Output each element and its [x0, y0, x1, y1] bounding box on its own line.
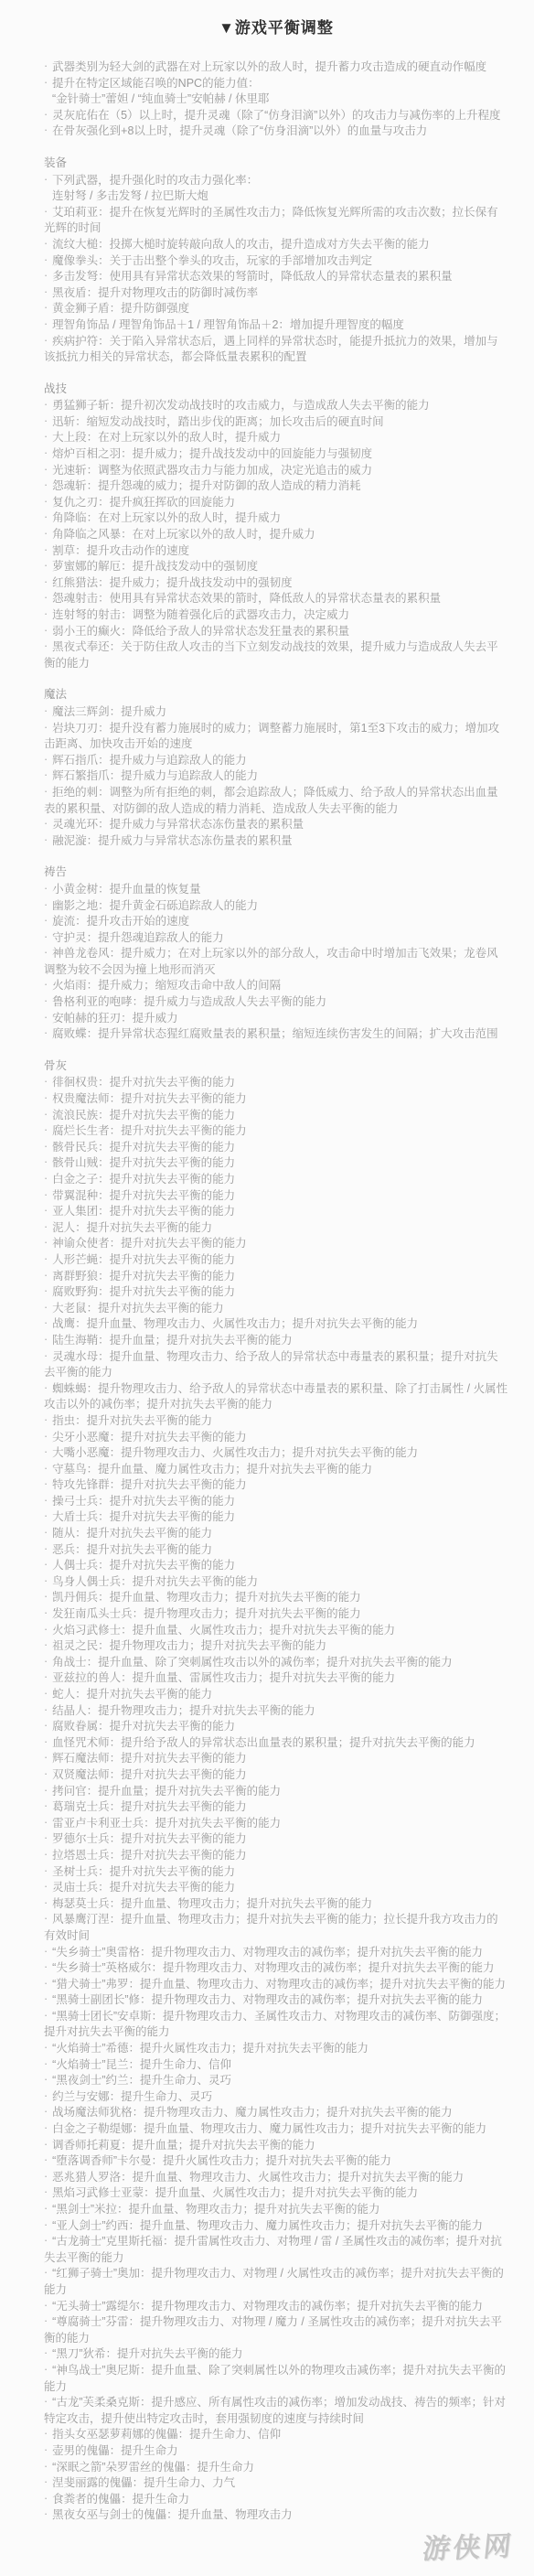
- bullet-icon: ·: [44, 1074, 48, 1090]
- bullet-icon: ·: [44, 2442, 48, 2459]
- list-item: ·腐败眷属：提升对抗失去平衡的能力: [44, 1719, 508, 1735]
- list-item-text: 怨魂斩：提升怨魂的威力；提升对防御的敌人造成的精力消耗: [52, 479, 361, 492]
- bullet-icon: ·: [44, 2072, 48, 2088]
- list-item-text: 恶兵：提升对抗失去平衡的能力: [52, 1543, 212, 1556]
- list-item: ·多击发弩：使用具有异常状态效果的弩箭时，降低敌人的异常状态量表的累积量: [44, 269, 508, 285]
- list-item: ·“深眠之箭”朵罗雷丝的傀儡：提升生命力: [44, 2460, 508, 2476]
- bullet-icon: ·: [44, 897, 48, 914]
- list-item: ·大嘴小恶魔：提升物理攻击力、火属性攻击力；提升对抗失去平衡的能力: [44, 1445, 508, 1462]
- list-item-text: 祖灵之民：提升物理攻击力；提升对抗失去平衡的能力: [52, 1639, 326, 1652]
- bullet-icon: ·: [44, 929, 48, 946]
- bullet-icon: ·: [44, 832, 48, 849]
- bullet-icon: ·: [44, 236, 48, 252]
- list-item-text: 人偶士兵：提升对抗失去平衡的能力: [52, 1559, 235, 1572]
- bullet-icon: ·: [44, 1944, 48, 1960]
- bullet-icon: ·: [44, 397, 48, 413]
- list-item-text: 腐败蝶：提升异常状态猩红腐败量表的累积量；缩短连续伤害发生的间隔；扩大攻击范围: [52, 1027, 498, 1040]
- list-item: ·幽影之地：提升黄金石砾追踪敌人的能力: [44, 898, 508, 915]
- list-item-text: 蛇人：提升对抗失去平衡的能力: [52, 1688, 212, 1701]
- bullet-icon: ·: [44, 1750, 48, 1766]
- bullet-icon: ·: [44, 333, 48, 349]
- bullet-icon: ·: [44, 1525, 48, 1541]
- list-item: ·武器类别为轻大剑的武器在对上玩家以外的敌人时，提升蓄力攻击造成的硬直动作幅度: [44, 59, 508, 76]
- list-item-text: “古龙”芙柔桑克斯：提升感应、所有属性攻击的减伤率；增加发动战技、祷告的频率；针…: [44, 2396, 506, 2425]
- list-item-text: 熔炉百相之羽：提升威力；提升战技发动中的回旋能力与强韧度: [52, 447, 372, 460]
- list-item: ·小黄金树：提升血量的恢复量: [44, 882, 508, 898]
- list-item: ·离群野狼：提升对抗失去平衡的能力: [44, 1269, 508, 1285]
- list-item-text: 骸骨民兵：提升对抗失去平衡的能力: [52, 1141, 235, 1154]
- list-item: ·指虫：提升对抗失去平衡的能力: [44, 1413, 508, 1430]
- list-item: ·恶兵：提升对抗失去平衡的能力: [44, 1542, 508, 1559]
- list-item: ·拒绝的刺：调整为所有拒绝的刺，都会追踪敌人；降低威力、给予敌人的异常状态出血量…: [44, 785, 508, 817]
- bullet-icon: ·: [44, 1718, 48, 1734]
- bullet-icon: ·: [44, 1251, 48, 1268]
- bullet-icon: ·: [44, 204, 48, 220]
- list-item-text: 黑夜女巫与剑士的傀儡：提升血量、物理攻击力: [52, 2508, 293, 2521]
- bullet-icon: ·: [44, 2426, 48, 2442]
- bullet-icon: ·: [44, 542, 48, 559]
- list-item: ·勇猛狮子斩：提升初次发动战技时的攻击威力，与造成敌人失去平衡的能力: [44, 398, 508, 414]
- list-item-text: 幽影之地：提升黄金石砾追踪敌人的能力: [52, 899, 258, 912]
- list-item-text: “火焰骑士”昆兰：提升生命力、信仰: [52, 2058, 231, 2071]
- bullet-icon: ·: [44, 1476, 48, 1493]
- bullet-icon: ·: [44, 1637, 48, 1654]
- list-item-text: 腐烂长生者：提升对抗失去平衡的能力: [52, 1124, 247, 1137]
- list-item: ·守墓鸟：提升血量、魔力属性攻击力；提升对抗失去平衡的能力: [44, 1462, 508, 1478]
- list-item: ·角降临之风暴：在对上玩家以外的敌人时，提升威力: [44, 527, 508, 543]
- bullet-icon: ·: [44, 1959, 48, 1976]
- section: 战技·勇猛狮子斩：提升初次发动战技时的攻击威力，与造成敌人失去平衡的能力·迅斩：…: [44, 381, 508, 672]
- list-item: ·结晶人：提升物理攻击力；提升对抗失去平衡的能力: [44, 1703, 508, 1720]
- list-item: ·特攻先锋群：提升对抗失去平衡的能力: [44, 1477, 508, 1494]
- list-item-text: 骸骨山贼：提升对抗失去平衡的能力: [52, 1156, 235, 1169]
- bullet-icon: ·: [44, 1187, 48, 1204]
- bullet-icon: ·: [44, 881, 48, 897]
- list-item-text: 割草：提升攻击动作的速度: [52, 544, 189, 557]
- section: 装备·下列武器，提升强化时的攻击力强化率：连射弩 / 多击发弩 / 拉巴斯大炮·…: [44, 156, 508, 366]
- list-item: ·鲁格利亚的咆哮：提升威力与造成敌人失去平衡的能力: [44, 994, 508, 1011]
- list-item-text: “失乡骑士”奥雷格：提升物理攻击力、对物理攻击的减伤率；提升对抗失去平衡的能力: [52, 1946, 483, 1959]
- list-item-text: 发狂南瓜头士兵：提升物理攻击力；提升对抗失去平衡的能力: [52, 1607, 361, 1620]
- list-item-text: 辉石繁指爪：提升威力与追踪敌人的能力: [52, 769, 258, 782]
- bullet-icon: ·: [44, 510, 48, 526]
- list-item-text: “猎犬骑士”弗罗：提升血量、物理攻击力、对物理攻击的减伤率；提升对抗失去平衡的能…: [52, 1978, 506, 1991]
- list-item-text: 鸟身人偶士兵：提升对抗失去平衡的能力: [52, 1575, 258, 1588]
- list-item-text: 弱小王的癫火：降低给予敌人的异常状态发狂量表的累积量: [52, 625, 349, 638]
- bullet-icon: ·: [44, 1412, 48, 1429]
- bullet-icon: ·: [44, 1798, 48, 1815]
- list-item-text: 萝蜜娜的解厄：提升战技发动中的强韧度: [52, 560, 258, 573]
- bullet-icon: ·: [44, 558, 48, 574]
- list-item: ·灵灰庇佑在（5）以上时，提升灵魂（除了“仿身泪滴”以外）的攻击力与减伤率的上升…: [44, 108, 508, 124]
- list-item: ·尖牙小恶魔：提升对抗失去平衡的能力: [44, 1430, 508, 1446]
- bullet-icon: ·: [44, 1090, 48, 1107]
- list-item: ·战场魔法师犹格：提升物理攻击力、魔力属性攻击力；提升对抗失去平衡的能力: [44, 2105, 508, 2121]
- list-item-text: “黑剑士”米拉：提升血量、物理攻击力；提升对抗失去平衡的能力: [52, 2203, 379, 2216]
- list-item: ·“黑夜剑士”约兰：提升生命力、灵巧: [44, 2073, 508, 2089]
- list-item-text: 勇猛狮子斩：提升初次发动战技时的攻击威力，与造成敌人失去平衡的能力: [52, 399, 430, 412]
- bullet-icon: ·: [44, 252, 48, 269]
- list-item-text: 罗德尔士兵：提升对抗失去平衡的能力: [52, 1832, 247, 1845]
- list-item-text: 血怪咒术师：提升给予敌人的异常状态出血量表的累积量；提升对抗失去平衡的能力: [52, 1736, 475, 1749]
- bullet-icon: ·: [44, 75, 48, 91]
- bullet-icon: ·: [44, 1815, 48, 1831]
- list-item-text: “失乡骑士”英格威尔：提升物理攻击力、对物理攻击的减伤率；提升对抗失去平衡的能力: [52, 1961, 494, 1974]
- list-item-text: 凯丹佣兵：提升血量、物理攻击力；提升对抗失去平衡的能力: [52, 1591, 361, 1604]
- bullet-icon: ·: [44, 623, 48, 639]
- bullet-icon: ·: [44, 1219, 48, 1236]
- bullet-icon: ·: [44, 2506, 48, 2523]
- list-item: ·白金之子勒缇娜：提升血量、物理攻击力、魔力属性攻击力；提升对抗失去平衡的能力: [44, 2121, 508, 2138]
- list-item: ·血怪咒术师：提升给予敌人的异常状态出血量表的累积量；提升对抗失去平衡的能力: [44, 1735, 508, 1752]
- list-item-text: 守墓鸟：提升血量、魔力属性攻击力；提升对抗失去平衡的能力: [52, 1463, 372, 1476]
- bullet-icon: ·: [44, 1025, 48, 1042]
- list-item: ·艾珀莉亚：提升在恢复光辉时的圣属性攻击力；降低恢复光辉所需的攻击次数；拉长保有…: [44, 205, 508, 237]
- list-item: ·旋流：提升攻击开始的速度: [44, 914, 508, 930]
- list-item: “金针骑士”蕾妲 / “纯血骑士”安帕赫 / 休里耶: [44, 91, 508, 108]
- list-item-text: 战场魔法师犹格：提升物理攻击力、魔力属性攻击力；提升对抗失去平衡的能力: [52, 2106, 453, 2119]
- list-item-text: 带翼混种：提升对抗失去平衡的能力: [52, 1189, 235, 1202]
- list-item-text: “尊腐骑士”芬雷：提升物理攻击力、对物理 / 魔力 / 圣属性攻击的减伤率；提升…: [44, 2315, 502, 2345]
- list-item: 连射弩 / 多击发弩 / 拉巴斯大炮: [44, 188, 508, 205]
- list-item: ·雷亚卢卡利亚士兵：提升对抗失去平衡的能力: [44, 1816, 508, 1832]
- list-item: ·鸟身人偶士兵：提升对抗失去平衡的能力: [44, 1574, 508, 1591]
- list-item: ·亚兹拉的兽人：提升血量、雷属性攻击力；提升对抗失去平衡的能力: [44, 1670, 508, 1687]
- bullet-icon: ·: [44, 2201, 48, 2217]
- list-item: ·割草：提升攻击动作的速度: [44, 543, 508, 560]
- bullet-icon: ·: [44, 2362, 48, 2378]
- list-item-text: 陆生海鞘：提升血量；提升对抗失去平衡的能力: [52, 1334, 293, 1347]
- list-item-text: 红熊猎法：提升威力；提升战技发动中的强韧度: [52, 576, 293, 589]
- list-item-text: 在骨灰强化到+8以上时，提升灵魂（除了“仿身泪滴”以外）的血量与攻击力: [52, 124, 427, 137]
- bullet-icon: ·: [44, 1976, 48, 1992]
- list-item: ·徘徊权贵：提升对抗失去平衡的能力: [44, 1075, 508, 1091]
- list-item-text: 雷亚卢卡利亚士兵：提升对抗失去平衡的能力: [52, 1817, 281, 1830]
- list-item: ·随从：提升对抗失去平衡的能力: [44, 1526, 508, 1542]
- list-item: ·黄金狮子盾：提升防御强度: [44, 301, 508, 317]
- list-item: ·恶兆猎人罗洛：提升血量、物理攻击力、火属性攻击力；提升对抗失去平衡的能力: [44, 2170, 508, 2186]
- list-item-text: 圣树士兵：提升对抗失去平衡的能力: [52, 1865, 235, 1878]
- list-item: ·双贤魔法师：提升对抗失去平衡的能力: [44, 1767, 508, 1784]
- list-item-text: 亚人集团：提升对抗失去平衡的能力: [52, 1205, 235, 1218]
- list-item: ·涅斐丽露的傀儡：提升生命力、力气: [44, 2475, 508, 2492]
- bullet-icon: ·: [44, 2345, 48, 2362]
- bullet-icon: ·: [44, 317, 48, 333]
- list-item: ·风暴鹰汀涅：提升血量、物理攻击力；提升对抗失去平衡的能力；拉长提升我方攻击力的…: [44, 1912, 508, 1944]
- list-item-text: 徘徊权贵：提升对抗失去平衡的能力: [52, 1076, 235, 1089]
- list-item: ·“黑骑士团长”安卓斯：提升物理攻击力、圣属性攻击力、对物理攻击的减伤率、防御强…: [44, 2009, 508, 2041]
- bullet-icon: ·: [44, 945, 48, 961]
- list-item: ·火焰习武修士：提升血量、火属性攻击力；提升对抗失去平衡的能力: [44, 1623, 508, 1639]
- list-item-text: 提升在特定区域能召唤的NPC的能力值：: [52, 77, 259, 90]
- list-item-text: 拒绝的刺：调整为所有拒绝的刺，都会追踪敌人；降低威力、给予敌人的异常状态出血量表…: [44, 786, 498, 815]
- list-item: ·角战士：提升血量、除了突刺属性攻击以外的减伤率；提升对抗失去平衡的能力: [44, 1655, 508, 1671]
- list-item-text: 魔法三辉剑：提升威力: [52, 705, 166, 718]
- bullet-icon: ·: [44, 1863, 48, 1880]
- list-item-text: 拉塔恩士兵：提升对抗失去平衡的能力: [52, 1849, 247, 1862]
- list-item: ·魔法三辉剑：提升威力: [44, 704, 508, 721]
- list-item-text: “黑骑士副团长”修：提升物理攻击力、对物理攻击的减伤率；提升对抗失去平衡的能力: [52, 1993, 483, 2006]
- list-item: ·泥人：提升对抗失去平衡的能力: [44, 1220, 508, 1237]
- bullet-icon: ·: [44, 1203, 48, 1219]
- bullet-icon: ·: [44, 2040, 48, 2056]
- list-item-text: 下列武器，提升强化时的攻击力强化率：: [52, 174, 258, 187]
- list-item: ·“猎犬骑士”弗罗：提升血量、物理攻击力、对物理攻击的减伤率；提升对抗失去平衡的…: [44, 1977, 508, 1993]
- bullet-icon: ·: [44, 2008, 48, 2024]
- bullet-icon: ·: [44, 1139, 48, 1155]
- list-item-text: 黄金狮子盾：提升防御强度: [52, 302, 189, 315]
- bullet-icon: ·: [44, 2169, 48, 2185]
- list-item-text: 守护灵：提升怨魂追踪敌人的能力: [52, 931, 224, 944]
- list-item-text: 大嘴小恶魔：提升物理攻击力、火属性攻击力；提升对抗失去平衡的能力: [52, 1446, 418, 1459]
- bullet-icon: ·: [44, 1493, 48, 1509]
- patch-notes-body: ·武器类别为轻大剑的武器在对上玩家以外的敌人时，提升蓄力攻击造成的硬直动作幅度·…: [44, 59, 508, 2524]
- bullet-icon: ·: [44, 2137, 48, 2153]
- list-item-text: 大上段：在对上玩家以外的敌人时，提升威力: [52, 431, 281, 444]
- bullet-icon: ·: [44, 1461, 48, 1477]
- bullet-icon: ·: [44, 1171, 48, 1187]
- bullet-icon: ·: [44, 2459, 48, 2475]
- list-item: ·“黑骑士副团长”修：提升物理攻击力、对物理攻击的减伤率；提升对抗失去平衡的能力: [44, 1992, 508, 2009]
- list-item: ·约兰与安娜：提升生命力、灵巧: [44, 2089, 508, 2106]
- bullet-icon: ·: [44, 2491, 48, 2507]
- list-item: ·连射弩的射击：调整为随着强化后的武器攻击力，决定威力: [44, 607, 508, 624]
- bullet-icon: ·: [44, 1348, 48, 1365]
- section-title: 装备: [44, 156, 508, 172]
- list-item: ·调香师托莉夏：提升血量；提升对抗失去平衡的能力: [44, 2138, 508, 2154]
- page-title: ▼游戏平衡调整: [44, 9, 508, 39]
- bullet-icon: ·: [44, 59, 48, 75]
- list-item-text: 随从：提升对抗失去平衡的能力: [52, 1527, 212, 1540]
- list-item: ·黑焰习武修士亚蒙：提升血量、火属性攻击力；提升对抗失去平衡的能力: [44, 2185, 508, 2202]
- bullet-icon: ·: [44, 2474, 48, 2491]
- section: 魔法·魔法三辉剑：提升威力·岩块刀刃：提升没有蓄力施展时的威力；调整蓄力施展时，…: [44, 687, 508, 849]
- list-item-text: “深眠之箭”朵罗雷丝的傀儡：提升生命力: [52, 2461, 254, 2474]
- bullet-icon: ·: [44, 2184, 48, 2201]
- list-item-text: 风暴鹰汀涅：提升血量、物理攻击力；提升对抗失去平衡的能力；拉长提升我方攻击力的有…: [44, 1913, 498, 1942]
- list-item-text: 指头女巫瑟萝莉娜的傀儡：提升生命力、信仰: [52, 2428, 281, 2441]
- bullet-icon: ·: [44, 2298, 48, 2314]
- list-item: ·食粪者的傀儡：提升生命力: [44, 2492, 508, 2508]
- list-item-text: 角降临之风暴：在对上玩家以外的敌人时，提升威力: [52, 528, 315, 541]
- bullet-icon: ·: [44, 1622, 48, 1638]
- bullet-icon: ·: [44, 1830, 48, 1847]
- list-item: ·下列武器，提升强化时的攻击力强化率：: [44, 173, 508, 189]
- bullet-icon: ·: [44, 2120, 48, 2137]
- list-item: ·在骨灰强化到+8以上时，提升灵魂（除了“仿身泪滴”以外）的血量与攻击力: [44, 123, 508, 140]
- list-item: ·葛瑞克士兵：提升对抗失去平衡的能力: [44, 1799, 508, 1816]
- bullet-icon: ·: [44, 2152, 48, 2169]
- list-item-text: 战鹰：提升血量、物理攻击力、火属性攻击力；提升对抗失去平衡的能力: [52, 1317, 418, 1330]
- list-item-text: 梅瑟莫士兵：提升血量、物理攻击力；提升对抗失去平衡的能力: [52, 1897, 372, 1910]
- bullet-icon: ·: [44, 172, 48, 188]
- bullet-icon: ·: [44, 1879, 48, 1895]
- list-item-text: “亚人剑士”约西：提升血量、物理攻击力、魔力属性攻击力；提升对抗失去平衡的能力: [52, 2219, 483, 2232]
- list-item: ·辉石指爪：提升威力与追踪敌人的能力: [44, 753, 508, 769]
- list-item-text: 辉石指爪：提升威力与追踪敌人的能力: [52, 754, 247, 767]
- list-item-text: 拷问官：提升血量；提升对抗失去平衡的能力: [52, 1785, 281, 1798]
- bullet-icon: ·: [44, 1010, 48, 1026]
- list-item-text: 灵魂光环：提升威力与异常状态冻伤量表的累积量: [52, 818, 304, 831]
- bullet-icon: ·: [44, 300, 48, 317]
- list-item: ·弱小王的癫火：降低给予敌人的异常状态发狂量表的累积量: [44, 624, 508, 640]
- bullet-icon: ·: [44, 1847, 48, 1863]
- list-item: ·黑夜女巫与剑士的傀儡：提升血量、物理攻击力: [44, 2507, 508, 2524]
- list-item-text: 流纹大槌：投掷大槌时旋转敲向敌人的攻击，提升造成对方失去平衡的能力: [52, 238, 430, 251]
- list-item: ·神谕众使者：提升对抗失去平衡的能力: [44, 1236, 508, 1252]
- list-item-text: 魔像拳头：关于击出整个拳头的攻击，玩家的手部增加攻击判定: [52, 254, 372, 267]
- bullet-icon: ·: [44, 2265, 48, 2281]
- list-item-text: 流浪民族：提升对抗失去平衡的能力: [52, 1109, 235, 1122]
- list-item-text: 角战士：提升血量、除了突刺属性攻击以外的减伤率；提升对抗失去平衡的能力: [52, 1656, 453, 1669]
- bullet-icon: ·: [44, 639, 48, 655]
- bullet-icon: ·: [44, 1766, 48, 1783]
- bullet-icon: ·: [44, 494, 48, 510]
- list-item-text: 涅斐丽露的傀儡：提升生命力、力气: [52, 2476, 235, 2489]
- list-item: ·骸骨民兵：提升对抗失去平衡的能力: [44, 1140, 508, 1156]
- list-item-text: 神兽龙卷风：提升威力；在对上玩家以外的部分敌人，攻击命中时增加击飞效果；龙卷风调…: [44, 947, 498, 976]
- list-item-text: 尖牙小恶魔：提升对抗失去平衡的能力: [52, 1431, 247, 1444]
- bullet-icon: ·: [44, 1107, 48, 1123]
- section: ·武器类别为轻大剑的武器在对上玩家以外的敌人时，提升蓄力攻击造成的硬直动作幅度·…: [44, 59, 508, 140]
- list-item: ·熔炉百相之羽：提升威力；提升战技发动中的回旋能力与强韧度: [44, 446, 508, 463]
- list-item: ·“亚人剑士”约西：提升血量、物理攻击力、魔力属性攻击力；提升对抗失去平衡的能力: [44, 2218, 508, 2235]
- bullet-icon: ·: [44, 2394, 48, 2410]
- list-item: ·辉石繁指爪：提升威力与追踪敌人的能力: [44, 768, 508, 785]
- bullet-icon: ·: [44, 413, 48, 430]
- list-item-text: “堕落调香师”卡尔曼：提升火属性攻击力；提升对抗失去平衡的能力: [52, 2154, 391, 2167]
- list-item-text: 安帕赫的狂刃：提升威力: [52, 1012, 178, 1025]
- bullet-icon: ·: [44, 2056, 48, 2073]
- list-item-text: 大盾士兵：提升对抗失去平衡的能力: [52, 1510, 235, 1523]
- list-item: ·蛇人：提升对抗失去平衡的能力: [44, 1687, 508, 1703]
- list-item-text: 复仇之刃：提升疯狂挥砍的回旋能力: [52, 496, 235, 509]
- bullet-icon: ·: [44, 1283, 48, 1300]
- list-item-text: 黑夜式奉还：关于防住敌人攻击的当下立刻发动战技的效果，提升威力与造成敌人失去平衡…: [44, 640, 498, 670]
- list-item-text: “黑刀”狄希：提升对抗失去平衡的能力: [52, 2347, 242, 2360]
- list-item-text: 泥人：提升对抗失去平衡的能力: [52, 1221, 212, 1234]
- bullet-icon: ·: [44, 993, 48, 1010]
- bullet-icon: ·: [44, 977, 48, 993]
- list-item: ·腐败蝶：提升异常状态猩红腐败量表的累积量；缩短连续伤害发生的间隔；扩大攻击范围: [44, 1026, 508, 1043]
- list-item: ·怨魂射击：使用具有异常状态效果的箭时，降低敌人的异常状态量表的累积量: [44, 591, 508, 607]
- bullet-icon: ·: [44, 784, 48, 800]
- list-item-text: 人形芒蝇：提升对抗失去平衡的能力: [52, 1253, 235, 1266]
- list-item-text: 迅斩：缩短发动战技时，踏出步伐的距离；加长攻击后的硬直时间: [52, 415, 384, 428]
- bullet-icon: ·: [44, 123, 48, 139]
- bullet-icon: ·: [44, 720, 48, 736]
- list-item: ·白金之子：提升对抗失去平衡的能力: [44, 1172, 508, 1188]
- list-item-text: 火焰雨：提升威力；缩短攻击命中敌人的间隔: [52, 979, 281, 992]
- list-item-text: 腐败眷属：提升对抗失去平衡的能力: [52, 1720, 235, 1733]
- list-item-text: 食粪者的傀儡：提升生命力: [52, 2493, 189, 2506]
- bullet-icon: ·: [44, 1429, 48, 1445]
- bullet-icon: ·: [44, 2313, 48, 2330]
- list-item-text: 怨魂射击：使用具有异常状态效果的箭时，降低敌人的异常状态量表的累积量: [52, 592, 441, 605]
- list-item-text: 大老鼠：提升对抗失去平衡的能力: [52, 1302, 224, 1315]
- list-item: ·人偶士兵：提升对抗失去平衡的能力: [44, 1558, 508, 1574]
- list-item: ·“黑剑士”米拉：提升血量、物理攻击力；提升对抗失去平衡的能力: [44, 2202, 508, 2218]
- list-item: ·操弓士兵：提升对抗失去平衡的能力: [44, 1494, 508, 1510]
- list-item-text: 腐败野狗：提升对抗失去平衡的能力: [52, 1285, 235, 1298]
- list-item: ·黑夜式奉还：关于防住敌人攻击的当下立刻发动战技的效果，提升威力与造成敌人失去平…: [44, 639, 508, 671]
- list-item: ·大老鼠：提升对抗失去平衡的能力: [44, 1301, 508, 1317]
- list-item: ·“红狮子骑士”奥加：提升物理攻击力、对物理 / 火属性攻击的减伤率；提升对抗失…: [44, 2266, 508, 2298]
- list-item: ·灵魂水母：提升血量、物理攻击力、给予敌人的异常状态中毒量表的累积量；提升对抗失…: [44, 1349, 508, 1381]
- list-item-text: “黑夜剑士”约兰：提升生命力、灵巧: [52, 2074, 231, 2087]
- list-item-text: 艾珀莉亚：提升在恢复光辉时的圣属性攻击力；降低恢复光辉所需的攻击次数；拉长保有光…: [44, 206, 498, 235]
- bullet-icon: ·: [44, 445, 48, 462]
- bullet-icon: ·: [44, 1589, 48, 1605]
- list-item: ·“古龙骑士”克里斯托福：提升雷属性攻击力、对物理 / 雷 / 圣属性攻击的减伤…: [44, 2234, 508, 2266]
- list-item: ·灵魂光环：提升威力与异常状态冻伤量表的累积量: [44, 817, 508, 833]
- bullet-icon: ·: [44, 1235, 48, 1251]
- bullet-icon: ·: [44, 1444, 48, 1461]
- section-title: 魔法: [44, 687, 508, 703]
- list-item: ·梅瑟莫士兵：提升血量、物理攻击力；提升对抗失去平衡的能力: [44, 1896, 508, 1913]
- list-item: ·腐败野狗：提升对抗失去平衡的能力: [44, 1284, 508, 1301]
- section: 骨灰·徘徊权贵：提升对抗失去平衡的能力·权贵魔法师：提升对抗失去平衡的能力·流浪…: [44, 1058, 508, 2524]
- list-item: ·“神鸟战士”奥尼斯：提升血量、除了突刺属性以外的物理攻击减伤率；提升对抗失去平…: [44, 2363, 508, 2395]
- list-item-text: 结晶人：提升物理攻击力；提升对抗失去平衡的能力: [52, 1704, 315, 1717]
- list-item: ·流纹大槌：投掷大槌时旋转敲向敌人的攻击，提升造成对方失去平衡的能力: [44, 237, 508, 253]
- list-item-text: 壶男的傀儡：提升生命力: [52, 2444, 178, 2457]
- list-item: ·“古龙”芙柔桑克斯：提升感应、所有属性攻击的减伤率；增加发动战技、祷告的频率；…: [44, 2395, 508, 2427]
- bullet-icon: ·: [44, 1911, 48, 1927]
- list-item-text: 白金之子勒缇娜：提升血量、物理攻击力、魔力属性攻击力；提升对抗失去平衡的能力: [52, 2122, 486, 2135]
- list-item-text: 离群野狼：提升对抗失去平衡的能力: [52, 1270, 235, 1283]
- bullet-icon: ·: [44, 526, 48, 542]
- list-item: ·“失乡骑士”英格威尔：提升物理攻击力、对物理攻击的减伤率；提升对抗失去平衡的能…: [44, 1960, 508, 1977]
- list-item-text: 辉石魔法师：提升对抗失去平衡的能力: [52, 1752, 247, 1765]
- list-item-text: 亚兹拉的兽人：提升血量、雷属性攻击力；提升对抗失去平衡的能力: [52, 1671, 395, 1684]
- list-item: ·拉塔恩士兵：提升对抗失去平衡的能力: [44, 1848, 508, 1864]
- list-item: ·“失乡骑士”奥雷格：提升物理攻击力、对物理攻击的减伤率；提升对抗失去平衡的能力: [44, 1945, 508, 1961]
- list-item: ·“堕落调香师”卡尔曼：提升火属性攻击力；提升对抗失去平衡的能力: [44, 2153, 508, 2170]
- list-item-text: 鲁格利亚的咆哮：提升威力与造成敌人失去平衡的能力: [52, 995, 326, 1008]
- list-item: ·“火焰骑士”昆兰：提升生命力、信仰: [44, 2057, 508, 2074]
- section: 祷告·小黄金树：提升血量的恢复量·幽影之地：提升黄金石砾追踪敌人的能力·旋流：提…: [44, 864, 508, 1043]
- bullet-icon: ·: [44, 284, 48, 301]
- list-item-text: 黑夜盾：提升对物理攻击的防御时减伤率: [52, 286, 258, 299]
- bullet-icon: ·: [44, 1315, 48, 1332]
- list-item-text: 岩块刀刃：提升没有蓄力施展时的威力；调整蓄力施展时，第1至3下攻击的威力；增加攻…: [44, 722, 499, 751]
- list-item-text: 灵灰庇佑在（5）以上时，提升灵魂（除了“仿身泪滴”以外）的攻击力与减伤率的上升程…: [52, 109, 500, 122]
- list-item: ·怨魂斩：提升怨魂的威力；提升对防御的敌人造成的精力消耗: [44, 478, 508, 495]
- list-item: ·角降临：在对上玩家以外的敌人时，提升威力: [44, 510, 508, 527]
- bullet-icon: ·: [44, 1895, 48, 1912]
- list-item: ·流浪民族：提升对抗失去平衡的能力: [44, 1108, 508, 1124]
- list-item: ·融泥漩：提升威力与异常状态冻伤量表的累积量: [44, 833, 508, 850]
- list-item: ·疾病护符：关于陷入异常状态后，遇上同样的异常状态时，能提升抵抗力的效果，增加与…: [44, 334, 508, 366]
- bullet-icon: ·: [44, 1332, 48, 1348]
- list-item: ·“黑刀”狄希：提升对抗失去平衡的能力: [44, 2346, 508, 2363]
- list-item: ·守护灵：提升怨魂追踪敌人的能力: [44, 930, 508, 947]
- list-item: ·罗德尔士兵：提升对抗失去平衡的能力: [44, 1831, 508, 1848]
- list-item: ·凯丹佣兵：提升血量、物理攻击力；提升对抗失去平衡的能力: [44, 1590, 508, 1606]
- list-item: ·发狂南瓜头士兵：提升物理攻击力；提升对抗失去平衡的能力: [44, 1606, 508, 1623]
- list-item: ·权贵魔法师：提升对抗失去平衡的能力: [44, 1091, 508, 1108]
- bullet-icon: ·: [44, 1669, 48, 1686]
- list-item-text: 特攻先锋群：提升对抗失去平衡的能力: [52, 1478, 247, 1491]
- list-item: ·迅斩：缩短发动战技时，踏出步伐的距离；加长攻击后的硬直时间: [44, 414, 508, 431]
- list-item-text: 约兰与安娜：提升生命力、灵巧: [52, 2090, 212, 2103]
- bullet-icon: ·: [44, 107, 48, 123]
- list-item: ·骸骨山贼：提升对抗失去平衡的能力: [44, 1155, 508, 1172]
- list-item-text: 小黄金树：提升血量的恢复量: [52, 883, 201, 896]
- list-item: ·魔像拳头：关于击出整个拳头的攻击，玩家的手部增加攻击判定: [44, 253, 508, 270]
- bullet-icon: ·: [44, 2233, 48, 2249]
